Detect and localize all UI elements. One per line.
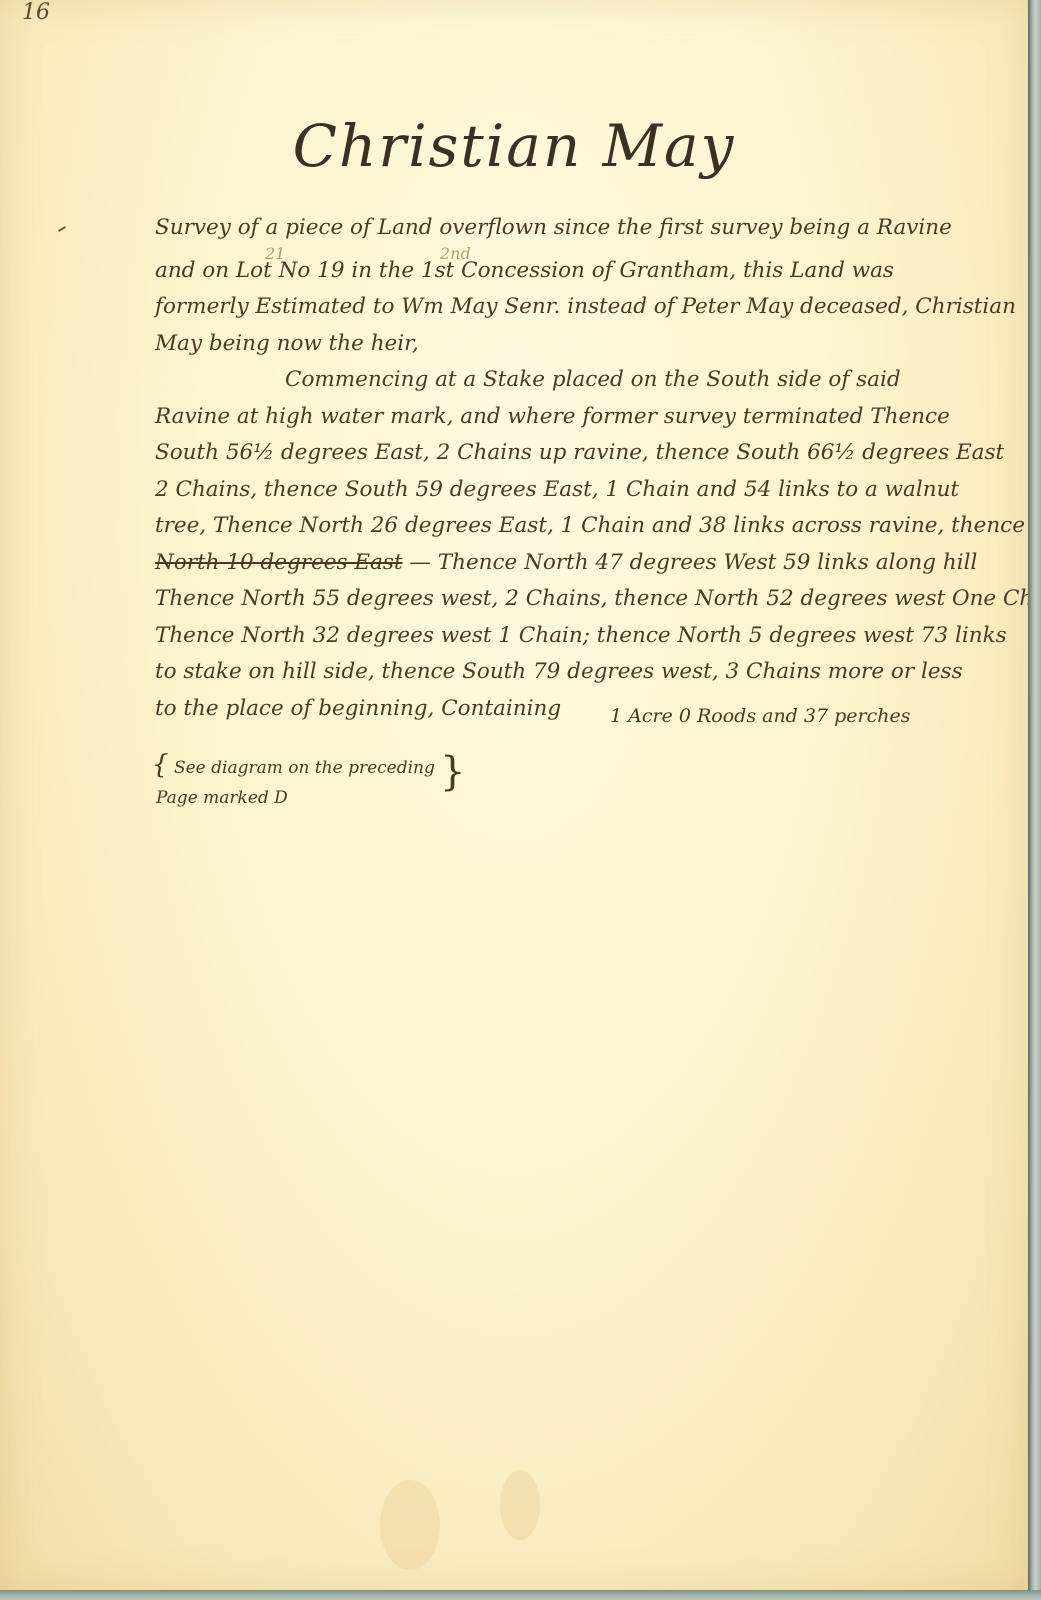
- text-line: to stake on hill side, thence South 79 d…: [155, 654, 1000, 691]
- right-brace: }: [440, 752, 465, 792]
- text-line: May being now the heir,: [155, 326, 1000, 363]
- manuscript-page: 16 Christian May 21 2nd Survey of a piec…: [0, 0, 1028, 1592]
- text-line: and on Lot No 19 in the 1st Concession o…: [155, 253, 1000, 290]
- text-line: formerly Estimated to Wm May Senr. inste…: [155, 289, 1000, 326]
- scanner-edge-right: [1028, 0, 1041, 1600]
- page-number: 16: [22, 0, 50, 25]
- text-line: Survey of a piece of Land overflown sinc…: [155, 210, 1000, 247]
- text-line: South 56½ degrees East, 2 Chains up ravi…: [155, 435, 1000, 472]
- note-line-2: Page marked D: [152, 783, 435, 813]
- acreage-total: 1 Acre 0 Roods and 37 perches: [610, 705, 910, 727]
- paper-stain: [500, 1470, 540, 1540]
- note-text: See diagram on the preceding: [174, 758, 435, 778]
- left-brace: {: [152, 750, 169, 780]
- diagram-note: { See diagram on the preceding Page mark…: [152, 750, 435, 813]
- scanner-edge-bottom: [0, 1590, 1041, 1600]
- text-line: 2 Chains, thence South 59 degrees East, …: [155, 472, 1000, 509]
- document-title: Christian May: [0, 112, 1028, 180]
- text-line: Thence North 55 degrees west, 2 Chains, …: [155, 581, 1000, 618]
- struck-text: North 10 degrees East: [155, 550, 403, 575]
- paper-stain: [380, 1480, 440, 1570]
- text-continuation: — Thence North 47 degrees West 59 links …: [409, 550, 977, 575]
- text-line-struck: North 10 degrees East — Thence North 47 …: [155, 545, 1000, 582]
- margin-mark: [58, 226, 66, 232]
- text-line: Thence North 32 degrees west 1 Chain; th…: [155, 618, 1000, 655]
- text-line: Ravine at high water mark, and where for…: [155, 399, 1000, 436]
- survey-description: Survey of a piece of Land overflown sinc…: [155, 210, 1000, 727]
- note-line-1: { See diagram on the preceding: [152, 750, 435, 783]
- text-line: Commencing at a Stake placed on the Sout…: [155, 362, 1000, 399]
- text-line: tree, Thence North 26 degrees East, 1 Ch…: [155, 508, 1000, 545]
